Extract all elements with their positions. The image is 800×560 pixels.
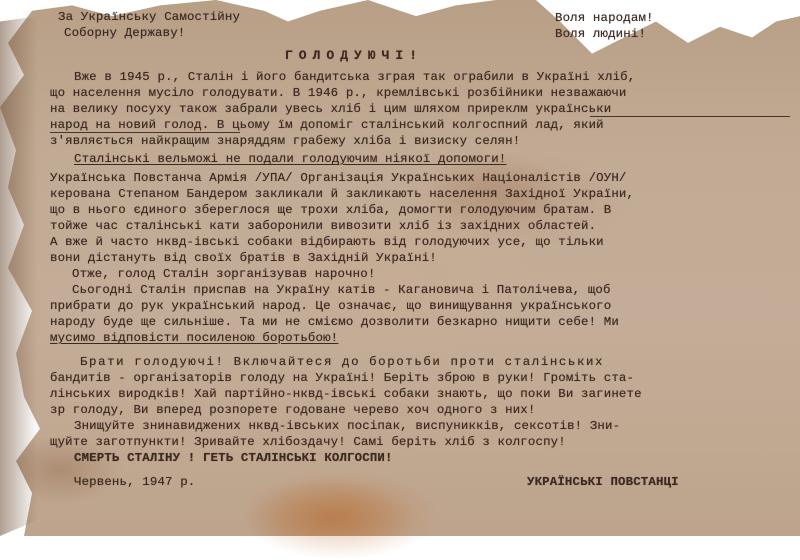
header-left-line-1: За Українську Самостійну bbox=[58, 9, 240, 25]
paragraph-3-line-6: вони дістануть від своїх братів в Західн… bbox=[50, 250, 437, 266]
underline bbox=[590, 116, 790, 117]
paragraph-7-line-2: щуйте заготпункти! Зривайте хлібоздачу! … bbox=[50, 434, 566, 450]
paragraph-6-line-1: Брати голодуючі! Включайтеся до боротьби… bbox=[80, 354, 604, 370]
paragraph-3-line-3: що в нього єдиного збереглося ще трохи х… bbox=[50, 202, 611, 218]
paragraph-3-line-4: тойже час сталінські кати заборонили вив… bbox=[50, 218, 596, 234]
leaflet-document: За Українську Самостійну Соборну Державу… bbox=[0, 0, 800, 536]
paragraph-6-line-2: бандитів - організаторів голоду на Украї… bbox=[50, 370, 634, 386]
header-right-line-2: Воля людині! bbox=[555, 26, 646, 42]
paragraph-5-line-1: Сьогодні Сталін приспав на Україну катів… bbox=[72, 282, 611, 298]
text-segment: на велику посуху також забрали увесь хлі… bbox=[50, 102, 611, 116]
paragraph-1-line-5: з'являється найкращим знаряддям грабежу … bbox=[50, 133, 520, 149]
paragraph-1-line-1: Вже в 1945 р., Сталін і його бандитська … bbox=[74, 69, 635, 85]
paragraph-5-line-4: мусимо відповісти посиленою боротьбою! bbox=[50, 330, 338, 346]
paragraph-5-line-3: народу буде ще сильніше. Та ми не сміємо… bbox=[50, 314, 619, 330]
document-title: ГОЛОДУЮЧІ! bbox=[285, 48, 423, 64]
paragraph-6-line-4: зр голоду, Ви вперед розпорете годоване … bbox=[50, 402, 535, 418]
paragraph-3-line-1: Українська Повстанча Армія /УПА/ Організ… bbox=[50, 170, 627, 186]
paragraph-3-line-2: керована Степаном Бандером закликали й з… bbox=[50, 186, 634, 202]
header-right-line-1: Воля народам! bbox=[555, 10, 654, 26]
paragraph-4-line-1: Отже, голод Сталін зорганізував нарочно! bbox=[72, 266, 375, 282]
paragraph-2-line-1: Сталінські вельможі не подали голодуючим… bbox=[74, 151, 506, 167]
paragraph-3-line-5: А вже й часто нквд-івські собаки відбира… bbox=[50, 234, 604, 250]
paragraph-5-line-2: прибрати до рук український народ. Це оз… bbox=[50, 298, 611, 314]
paragraph-1-line-3: на велику посуху також забрали увесь хлі… bbox=[50, 101, 611, 117]
paragraph-1-line-4: народ на новий голод. В цьому їм допоміг… bbox=[50, 117, 604, 133]
document-date: Червень, 1947 р. bbox=[74, 474, 195, 490]
header-left-line-2: Соборну Державу! bbox=[64, 25, 185, 41]
paragraph-7-line-1: Знищуйте знинавиджених нквд-івських посі… bbox=[74, 418, 620, 434]
document-signature: УКРАЇНСЬКІ ПОВСТАНЦІ bbox=[527, 474, 679, 490]
paragraph-6-line-3: лінських виродків! Хай партійно-нквд-івс… bbox=[50, 386, 642, 402]
slogan: СМЕРТЬ СТАЛІНУ ! ГЕТЬ СТАЛІНСЬКІ КОЛГОСП… bbox=[74, 450, 393, 466]
paragraph-1-line-2: що населення мусіло голодувати. В 1946 р… bbox=[50, 85, 627, 101]
